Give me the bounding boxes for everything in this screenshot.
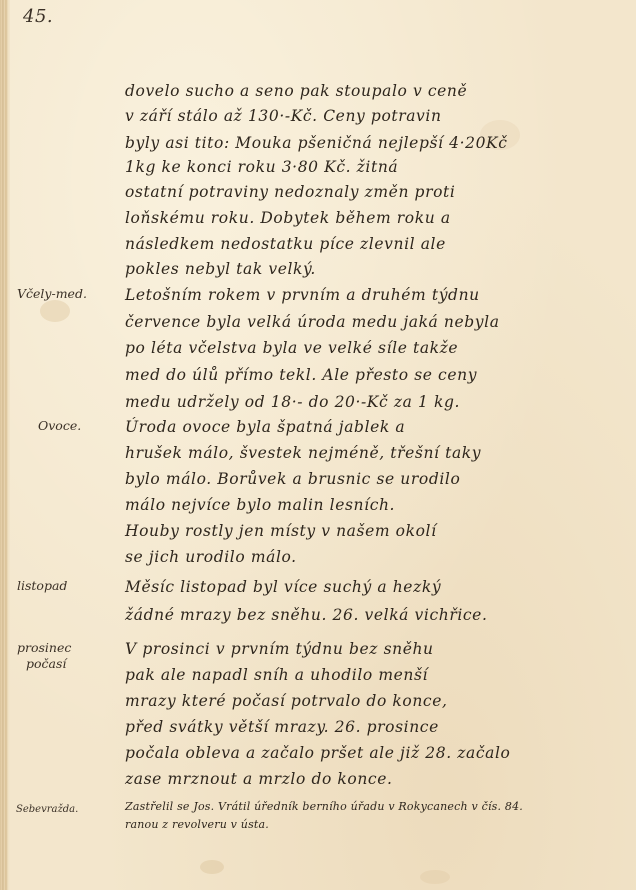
text-line: v září stálo až 130·-Kč. Ceny potravin: [125, 107, 442, 125]
text-line: loňskému roku. Dobytek během roku a: [125, 209, 451, 227]
text-line: před svátky větší mrazy. 26. prosince: [125, 718, 439, 736]
ledger-page: 45. Včely-med. Ovoce. listopad prosinec …: [0, 0, 636, 890]
margin-note-weather: počasí: [26, 656, 66, 671]
page-number: 45.: [23, 6, 53, 27]
text-line: Měsíc listopad byl více suchý a hezký: [125, 578, 441, 596]
text-line: se jich urodilo málo.: [125, 548, 297, 566]
margin-note-december: prosinec: [17, 640, 71, 655]
text-line: Letošním rokem v prvním a druhém týdnu: [125, 286, 480, 304]
text-line: med do úlů přímo tekl. Ale přesto se cen…: [125, 366, 477, 384]
text-line: Zastřelil se Jos. Vrátil úředník berního…: [125, 800, 523, 813]
text-line: po léta včelstva byla ve velké síle takž…: [125, 339, 458, 357]
text-line: žádné mrazy bez sněhu. 26. velká vichřic…: [125, 606, 487, 624]
margin-note-bees-honey: Včely-med.: [17, 286, 87, 301]
paper-stain: [420, 870, 450, 884]
text-line: mrazy které počasí potrvalo do konce,: [125, 692, 448, 710]
text-line: V prosinci v prvním týdnu bez sněhu: [125, 640, 434, 658]
paper-stain: [40, 300, 70, 322]
text-line: následkem nedostatku píce zlevnil ale: [125, 235, 446, 253]
text-line: byly asi tito: Mouka pšeničná nejlepší 4…: [125, 134, 508, 152]
text-line: počala obleva a začalo pršet ale již 28.…: [125, 744, 511, 762]
margin-note-november: listopad: [17, 578, 67, 593]
text-line: ranou z revolveru v ústa.: [125, 818, 269, 831]
margin-note-suicide: Sebevražda.: [16, 804, 78, 815]
paper-stain: [200, 860, 224, 874]
text-line: 1kg ke konci roku 3·80 Kč. žitná: [125, 158, 398, 176]
text-line: bylo málo. Borůvek a brusnic se urodilo: [125, 470, 460, 488]
text-line: ostatní potraviny nedoznaly změn proti: [125, 183, 455, 201]
text-line: července byla velká úroda medu jaká neby…: [125, 313, 500, 331]
page-binding-edge: [0, 0, 10, 890]
text-line: medu udržely od 18·- do 20·-Kč za 1 kg.: [125, 393, 460, 411]
text-line: Houby rostly jen místy v našem okolí: [125, 522, 437, 540]
text-line: dovelo sucho a seno pak stoupalo v ceně: [125, 82, 467, 100]
margin-note-fruit: Ovoce.: [38, 418, 81, 433]
text-line: málo nejvíce bylo malin lesních.: [125, 496, 395, 514]
text-line: pokles nebyl tak velký.: [125, 260, 316, 278]
text-line: hrušek málo, švestek nejméně, třešní tak…: [125, 444, 481, 462]
text-line: zase mrznout a mrzlo do konce.: [125, 770, 393, 788]
text-line: pak ale napadl sníh a uhodilo menší: [125, 666, 428, 684]
text-line: Úroda ovoce byla špatná jablek a: [125, 418, 405, 436]
